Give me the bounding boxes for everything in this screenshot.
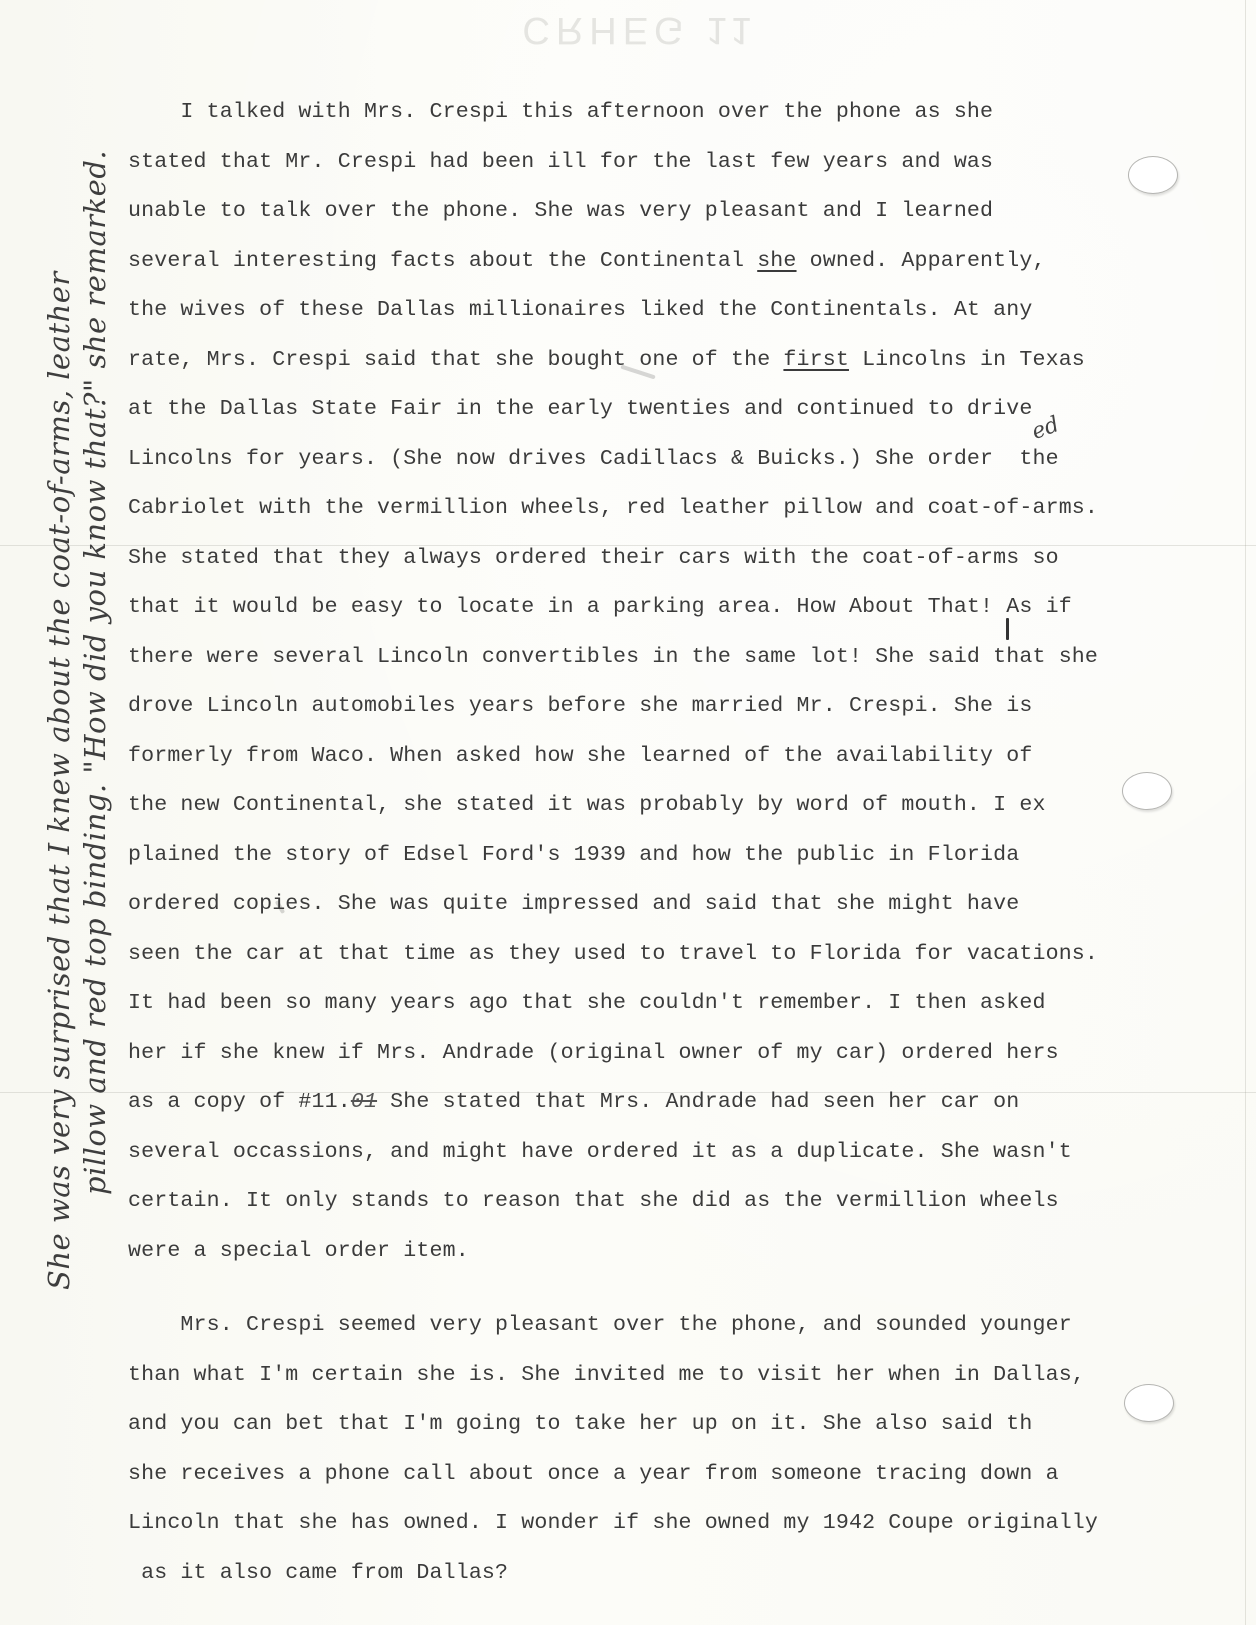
text-line: there were several Lincoln convertibles …: [128, 633, 1238, 683]
text-line: the wives of these Dallas millionaires l…: [128, 286, 1238, 336]
underlined-word: first: [783, 348, 849, 372]
text-line: she receives a phone call about once a y…: [128, 1450, 1238, 1500]
text-line: seen the car at that time as they used t…: [128, 930, 1238, 980]
margin-note-line: pillow and red top binding. "How did you…: [78, 150, 112, 1195]
text-line: her if she knew if Mrs. Andrade (origina…: [128, 1029, 1238, 1079]
text-line: Mrs. Crespi seemed very pleasant over th…: [128, 1301, 1238, 1351]
underlined-word: she: [757, 249, 796, 273]
text-line: drove Lincoln automobiles years before s…: [128, 682, 1238, 732]
text-line: plained the story of Edsel Ford's 1939 a…: [128, 831, 1238, 881]
text-line: several interesting facts about the Cont…: [128, 237, 1238, 287]
typed-letter-body: I talked with Mrs. Crespi this afternoon…: [128, 88, 1238, 1598]
text-line: as a copy of #11.01 She stated that Mrs.…: [128, 1078, 1238, 1128]
text-line: the new Continental, she stated it was p…: [128, 781, 1238, 831]
text-line: Lincoln that she has owned. I wonder if …: [128, 1499, 1238, 1549]
margin-note-line: She was very surprised that I knew about…: [42, 271, 76, 1290]
text-line: I talked with Mrs. Crespi this afternoon…: [128, 88, 1238, 138]
text-line: rate, Mrs. Crespi said that she bought o…: [128, 336, 1238, 386]
text-line: several occassions, and might have order…: [128, 1128, 1238, 1178]
text-line: ordered copies. She was quite impressed …: [128, 880, 1238, 930]
text-line: It had been so many years ago that she c…: [128, 979, 1238, 1029]
text-line: as it also came from Dallas?: [128, 1549, 1238, 1599]
handwritten-exclamation-mark: [1006, 618, 1009, 640]
page-edge: [1245, 0, 1246, 1625]
handwritten-margin-note: She was very surprised that I knew about…: [0, 0, 110, 1310]
text-fragment: She stated that Mrs. Andrade had seen he…: [377, 1090, 1019, 1114]
text-fragment: as a copy of #11.: [128, 1090, 351, 1114]
text-line: that it would be easy to locate in a par…: [128, 583, 1238, 633]
text-line: Lincolns for years. (She now drives Cadi…: [128, 435, 1238, 485]
text-line: She stated that they always ordered thei…: [128, 534, 1238, 584]
text-line: than what I'm certain she is. She invite…: [128, 1351, 1238, 1401]
text-line: unable to talk over the phone. She was v…: [128, 187, 1238, 237]
text-line: were a special order item.: [128, 1227, 1238, 1277]
struck-out-text: 01: [351, 1090, 377, 1114]
text-line: certain. It only stands to reason that s…: [128, 1177, 1238, 1227]
bleed-through-header: CRHEG 11: [470, 8, 810, 51]
text-line: Cabriolet with the vermillion wheels, re…: [128, 484, 1238, 534]
text-line: at the Dallas State Fair in the early tw…: [128, 385, 1238, 435]
text-line: formerly from Waco. When asked how she l…: [128, 732, 1238, 782]
scanned-page: CRHEG 11 She was very surprised that I k…: [0, 0, 1256, 1625]
text-line: stated that Mr. Crespi had been ill for …: [128, 138, 1238, 188]
text-line: and you can bet that I'm going to take h…: [128, 1400, 1238, 1450]
paragraph-gap: [128, 1276, 1238, 1301]
